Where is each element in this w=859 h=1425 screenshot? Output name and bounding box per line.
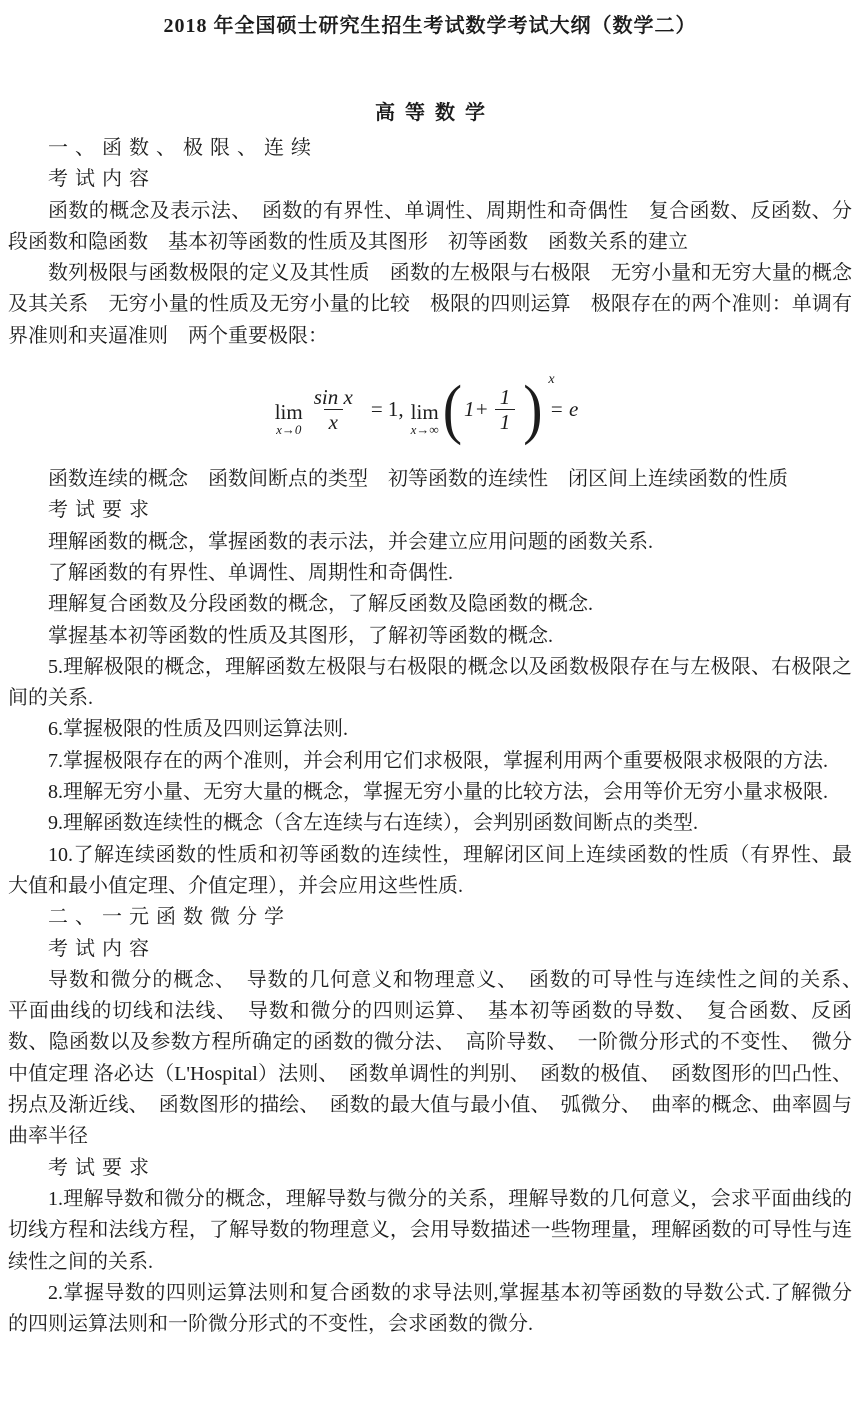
equals-one: = 1, bbox=[371, 397, 404, 422]
paragraph: 理解复合函数及分段函数的概念，了解反函数及隐函数的概念. bbox=[8, 589, 852, 620]
paragraph: 掌握基本初等函数的性质及其图形，了解初等函数的概念. bbox=[8, 621, 852, 652]
section-heading: 考试内容 bbox=[8, 164, 852, 195]
paragraph: 函数的概念及表示法、 函数的有界性、单调性、周期性和奇偶性 复合函数、反函数、分… bbox=[8, 196, 852, 259]
paragraph: 5.理解极限的概念，理解函数左极限与右极限的概念以及函数极限存在与左极限、右极限… bbox=[8, 652, 852, 715]
paragraph: 1.理解导数和微分的概念，理解导数与微分的关系，理解导数的几何意义，会求平面曲线… bbox=[8, 1184, 852, 1278]
lim-word: lim bbox=[275, 401, 303, 423]
right-paren: ) bbox=[523, 376, 542, 443]
paragraph: 7.掌握极限存在的两个准则，并会利用它们求极限，掌握利用两个重要极限求极限的方法… bbox=[8, 746, 852, 777]
paren-inner: 1+ 1 1 bbox=[462, 386, 523, 433]
left-paren: ( bbox=[443, 376, 462, 443]
limit-formula: lim x→0 sin x x = 1, lim x→∞ ( 1+ 1 1 ) … bbox=[8, 370, 852, 448]
equals-e: = e bbox=[550, 397, 579, 422]
paragraph: 2.掌握导数的四则运算法则和复合函数的求导法则,掌握基本初等函数的导数公式.了解… bbox=[8, 1278, 852, 1341]
intro-paragraphs: 一、函数、极限、连续考试内容函数的概念及表示法、 函数的有界性、单调性、周期性和… bbox=[8, 133, 852, 352]
lim-word: lim bbox=[411, 401, 439, 423]
exponent-x: x bbox=[548, 372, 554, 388]
section-title: 高等数学 bbox=[8, 100, 852, 127]
fraction-denominator: x bbox=[324, 409, 343, 433]
section-heading: 二、一元函数微分学 bbox=[8, 902, 852, 933]
section-heading: 考试要求 bbox=[8, 1153, 852, 1184]
paragraph: 8.理解无穷小量、无穷大量的概念，掌握无穷小量的比较方法，会用等价无穷小量求极限… bbox=[8, 777, 852, 808]
fraction-denominator: 1 bbox=[495, 409, 516, 433]
paragraph: 了解函数的有界性、单调性、周期性和奇偶性. bbox=[8, 558, 852, 589]
paragraph: 导数和微分的概念、 导数的几何意义和物理意义、 函数的可导性与连续性之间的关系、… bbox=[8, 965, 852, 1153]
paragraph: 函数连续的概念 函数间断点的类型 初等函数的连续性 闭区间上连续函数的性质 bbox=[8, 464, 852, 495]
paragraph: 10.了解连续函数的性质和初等函数的连续性，理解闭区间上连续函数的性质（有界性、… bbox=[8, 840, 852, 903]
section-heading: 一、函数、极限、连续 bbox=[8, 133, 852, 164]
lim-subscript: x→0 bbox=[276, 423, 301, 436]
one-plus: 1+ bbox=[464, 397, 489, 422]
limit-operator: lim x→0 bbox=[275, 401, 303, 436]
paragraph: 6.掌握极限的性质及四则运算法则. bbox=[8, 714, 852, 745]
document-page: 2018 年全国硕士研究生招生考试数学考试大纲（数学二） 高等数学 一、函数、极… bbox=[0, 0, 859, 1340]
section-heading: 考试要求 bbox=[8, 495, 852, 526]
main-paragraphs: 函数连续的概念 函数间断点的类型 初等函数的连续性 闭区间上连续函数的性质考试要… bbox=[8, 464, 852, 1340]
limit-operator: lim x→∞ bbox=[411, 401, 439, 436]
document-title: 2018 年全国硕士研究生招生考试数学考试大纲（数学二） bbox=[8, 13, 852, 40]
section-heading: 考试内容 bbox=[8, 934, 852, 965]
paragraph: 数列极限与函数极限的定义及其性质 函数的左极限与右极限 无穷小量和无穷大量的概念… bbox=[8, 258, 852, 352]
fraction-one-over-one: 1 1 bbox=[495, 386, 516, 433]
paragraph: 理解函数的概念，掌握函数的表示法，并会建立应用问题的函数关系. bbox=[8, 527, 852, 558]
fraction-numerator: sin x bbox=[309, 386, 358, 409]
parenthesized-expression: ( 1+ 1 1 ) x bbox=[443, 380, 543, 438]
paragraph: 9.理解函数连续性的概念（含左连续与右连续），会判别函数间断点的类型. bbox=[8, 808, 852, 839]
fraction-numerator: 1 bbox=[495, 386, 516, 409]
fraction-sinx-over-x: sin x x bbox=[309, 386, 358, 433]
lim-subscript: x→∞ bbox=[411, 423, 439, 436]
